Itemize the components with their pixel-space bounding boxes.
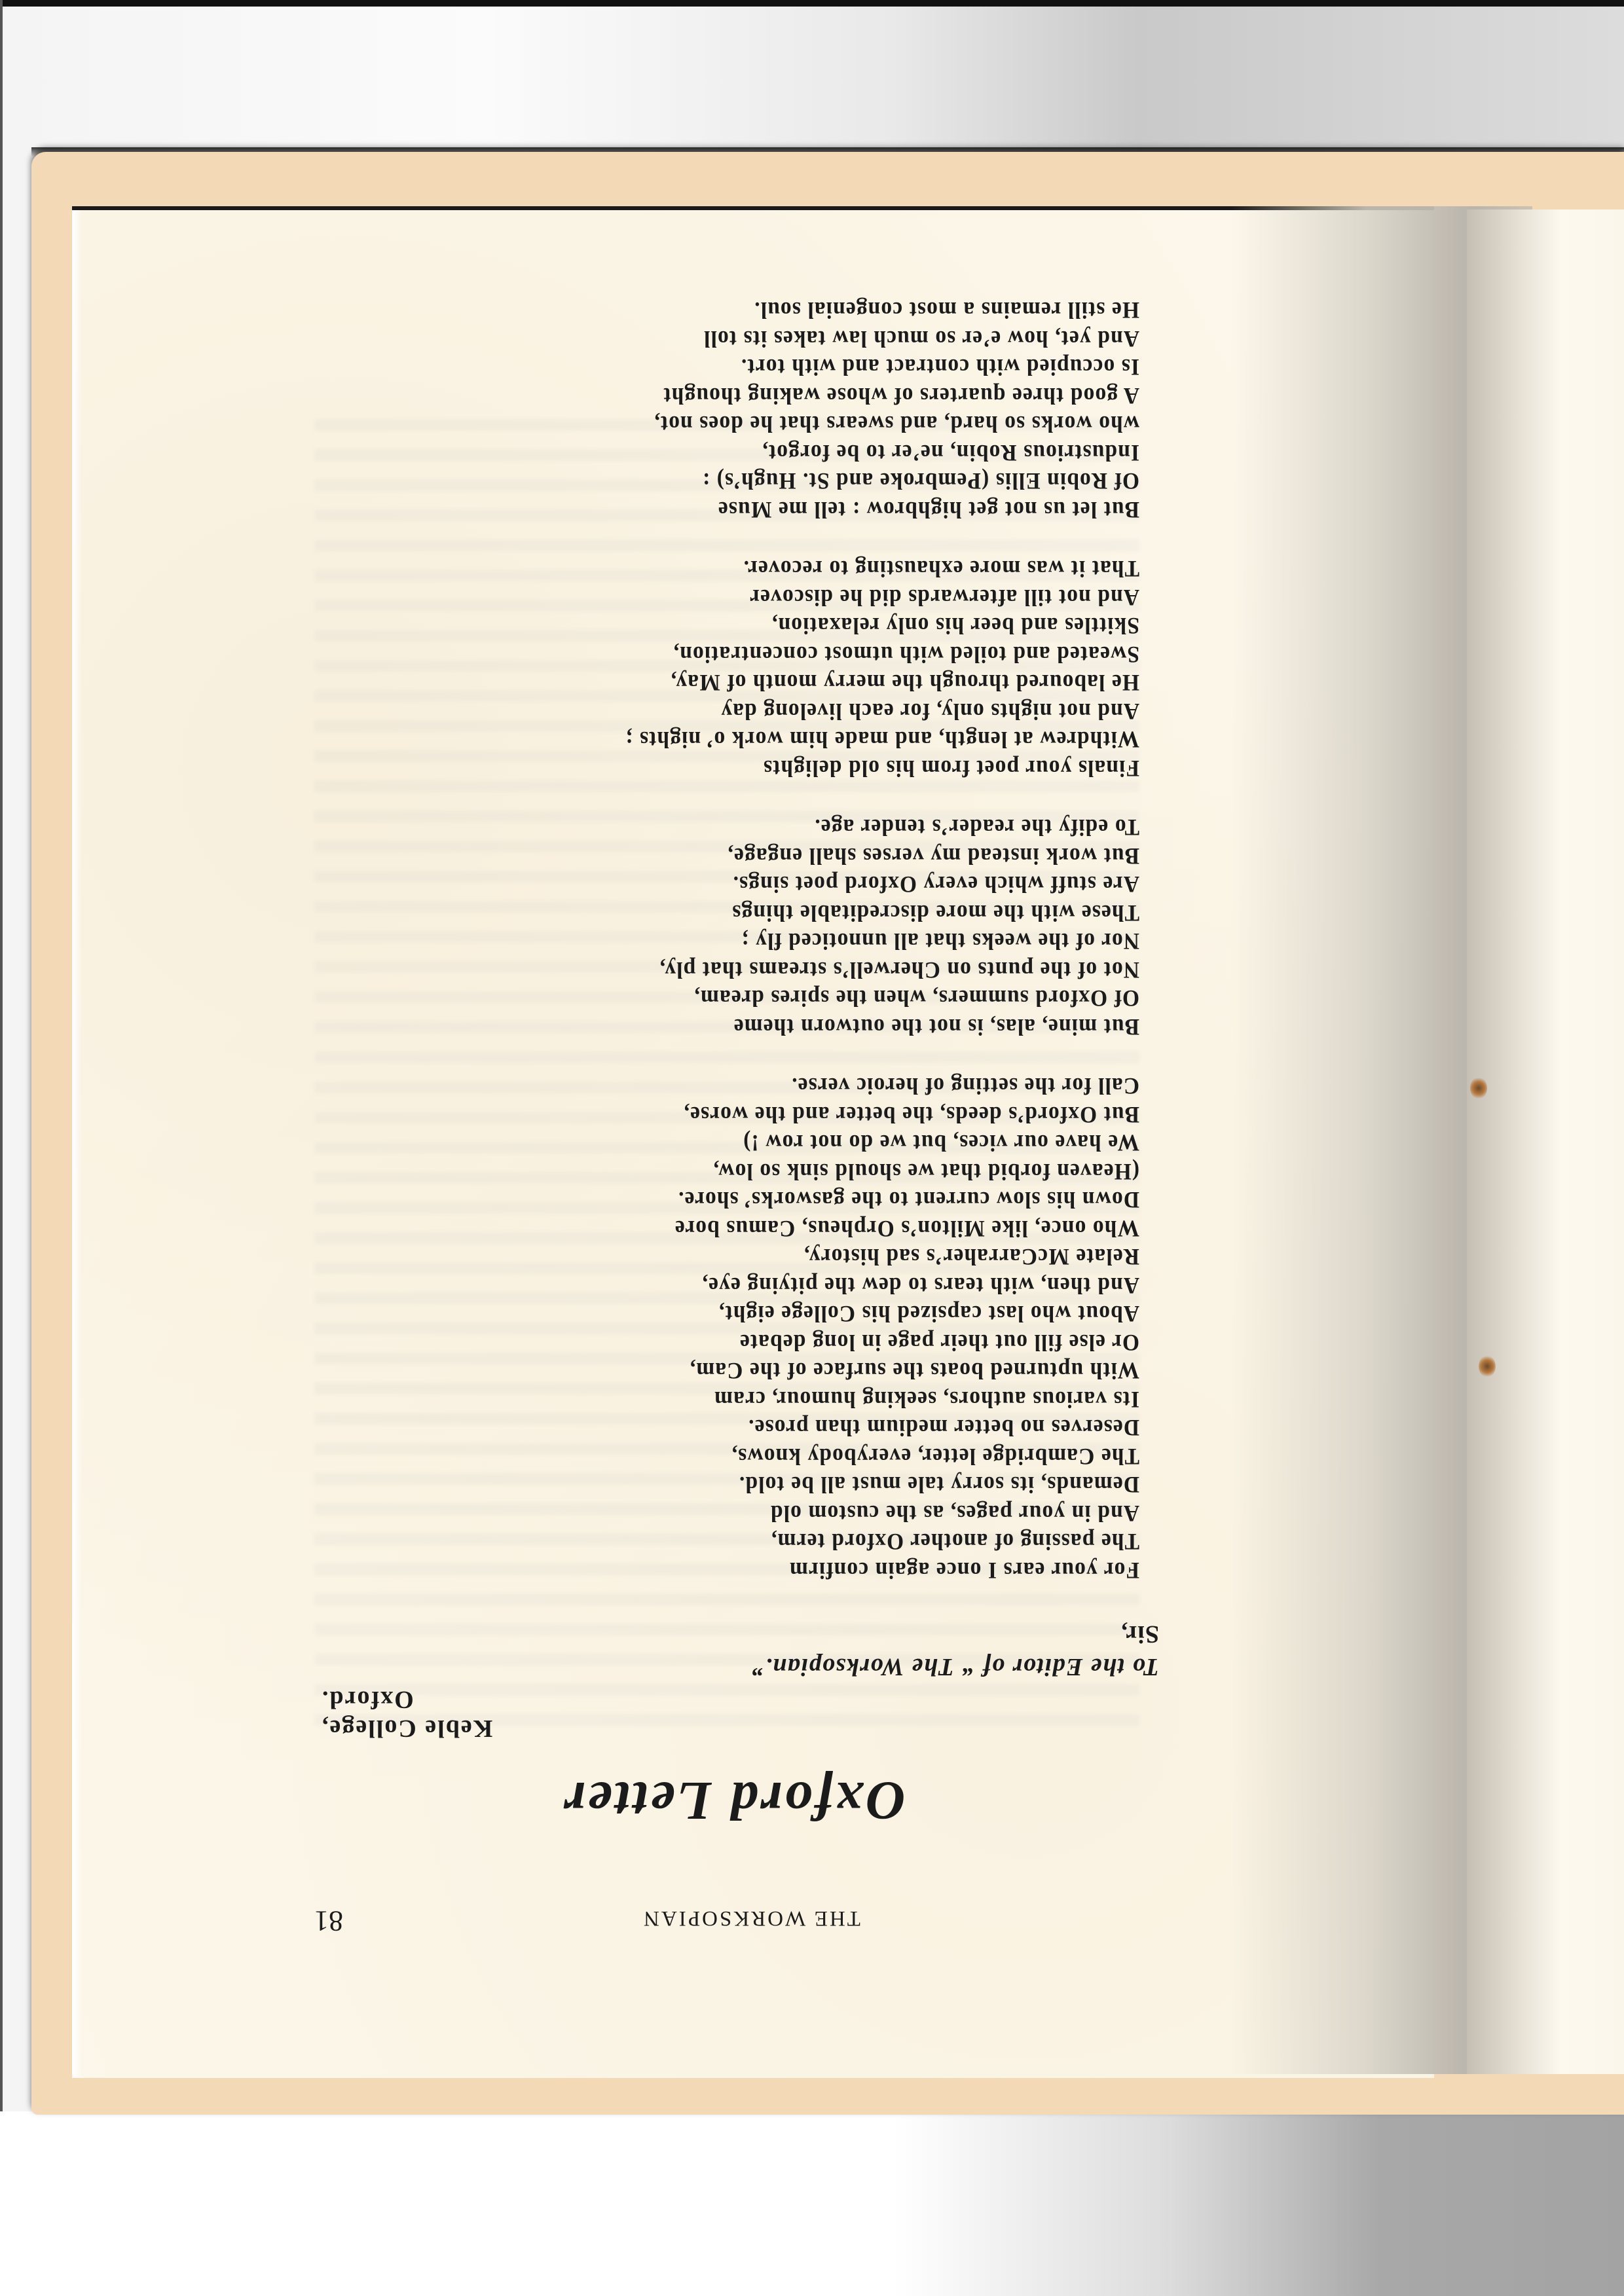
verse-line: who works so hard, and swears that he do… [366, 410, 1139, 439]
verse-line: Not of the punts on Cherwell’s streams t… [366, 956, 1139, 985]
verse-line: Who once, like Milton’s Orpheus, Camus b… [366, 1214, 1139, 1243]
verse-line: But let us not get highbrow : tell me Mu… [366, 496, 1139, 524]
journal-name: THE WORKSOPIAN [343, 1906, 1159, 1930]
address-line-2: Oxford. [321, 1685, 1159, 1714]
verse-line: But mine, alas, is not the outworn theme [366, 1013, 1139, 1042]
verse-line: With upturned boats the surface of the C… [366, 1357, 1139, 1385]
verse-line: The Cambridge letter, everybody knows, [366, 1442, 1139, 1471]
verse-line: Down his slow current to the gasworks’ s… [366, 1186, 1139, 1214]
verse-line: But work instead my verses shall engage, [366, 842, 1139, 871]
verse-line: Are stuff which every Oxford poet sings. [366, 870, 1139, 899]
verse-line: Deserves no better medium than prose. [366, 1413, 1139, 1442]
page-content: THE WORKSOPIAN 81 Oxford Letter Keble Co… [308, 419, 1159, 1938]
stanza-2: But mine, alas, is not the outworn theme… [308, 813, 1139, 1041]
facing-page [1467, 210, 1624, 2074]
verse-line: He still remains a most congenial soul. [366, 296, 1139, 325]
verse-line: Or else fill out their page in long deba… [366, 1328, 1139, 1357]
stanza-1: For your ears I once again confirm The p… [308, 1072, 1139, 1584]
salutation: Sir, [308, 1620, 1159, 1649]
verse-line: Its various authors, seeking humour, cra… [366, 1385, 1139, 1414]
verse-line: Withdrew at length, and made him work o’… [366, 725, 1139, 754]
scanner-edge-left [0, 0, 3, 2296]
page-title: Oxford Letter [308, 1769, 1159, 1832]
verse-line: But Oxford’s deeds, the better and the w… [366, 1101, 1139, 1129]
verse-line: That it was more exhausting to recover. [366, 555, 1139, 583]
poem: For your ears I once again confirm The p… [308, 296, 1159, 1584]
stanza-4: But let us not get highbrow : tell me Mu… [308, 296, 1139, 524]
verse-line: To edify the reader’s tender age. [366, 813, 1139, 842]
verse-line: (Heaven forbid that we should sink so lo… [366, 1157, 1139, 1186]
sender-address: Keble College, Oxford. [308, 1685, 1159, 1743]
recipient-line: To the Editor of “ The Worksopian.” [308, 1652, 1159, 1681]
verse-line: And not nights only, for each livelong d… [366, 697, 1139, 726]
scanner-edge-top [0, 0, 1624, 7]
verse-line: We have our vices, but we do not row !) [366, 1129, 1139, 1157]
verse-line: Skittles and beer his only relaxation, [366, 611, 1139, 640]
foxing-spot [1470, 1077, 1487, 1099]
verse-line: Demands, its sorry tale must all be told… [366, 1470, 1139, 1499]
verse-line: And in your pages, as the custom old [366, 1499, 1139, 1528]
verse-line: About who last capsized his College eigh… [366, 1300, 1139, 1328]
verse-line: He laboured through the merry month of M… [366, 668, 1139, 697]
verse-line: The passing of another Oxford term, [366, 1527, 1139, 1556]
verse-line: Finals your poet from his old delights [366, 754, 1139, 783]
verse-line: Nor of the weeks that all unnoticed fly … [366, 927, 1139, 956]
verse-line: Is occupied with contract and with tort. [366, 353, 1139, 382]
verse-line: Sweated and toiled with utmost concentra… [366, 640, 1139, 669]
verse-line: Call for the setting of heroic verse. [366, 1072, 1139, 1101]
verse-line: Relate McCarraher’s sad history, [366, 1243, 1139, 1271]
verse-line: And then, with tears to dew the pitying … [366, 1271, 1139, 1300]
foxing-spot [1479, 1355, 1496, 1377]
address-line-1: Keble College, [321, 1714, 1159, 1743]
verse-line: And yet, how e’er so much law takes its … [366, 325, 1139, 354]
running-head: THE WORKSOPIAN 81 [308, 1904, 1159, 1938]
verse-line: A good three quarters of whose waking th… [366, 382, 1139, 410]
page-number: 81 [314, 1904, 343, 1938]
verse-line: These with the more discreditable things [366, 899, 1139, 928]
verse-line: For your ears I once again confirm [366, 1556, 1139, 1585]
verse-line: Of Oxford summers, when the spires dream… [366, 984, 1139, 1013]
verse-line: Of Robin Ellis (Pembroke and St. Hugh’s)… [366, 467, 1139, 496]
stanza-3: Finals your poet from his old delights W… [308, 555, 1139, 782]
verse-line: Industrious Robin, ne’er to be forgot, [366, 439, 1139, 467]
verse-line: And not till afterwards did he discover [366, 583, 1139, 612]
scanner-background [0, 2111, 1624, 2296]
